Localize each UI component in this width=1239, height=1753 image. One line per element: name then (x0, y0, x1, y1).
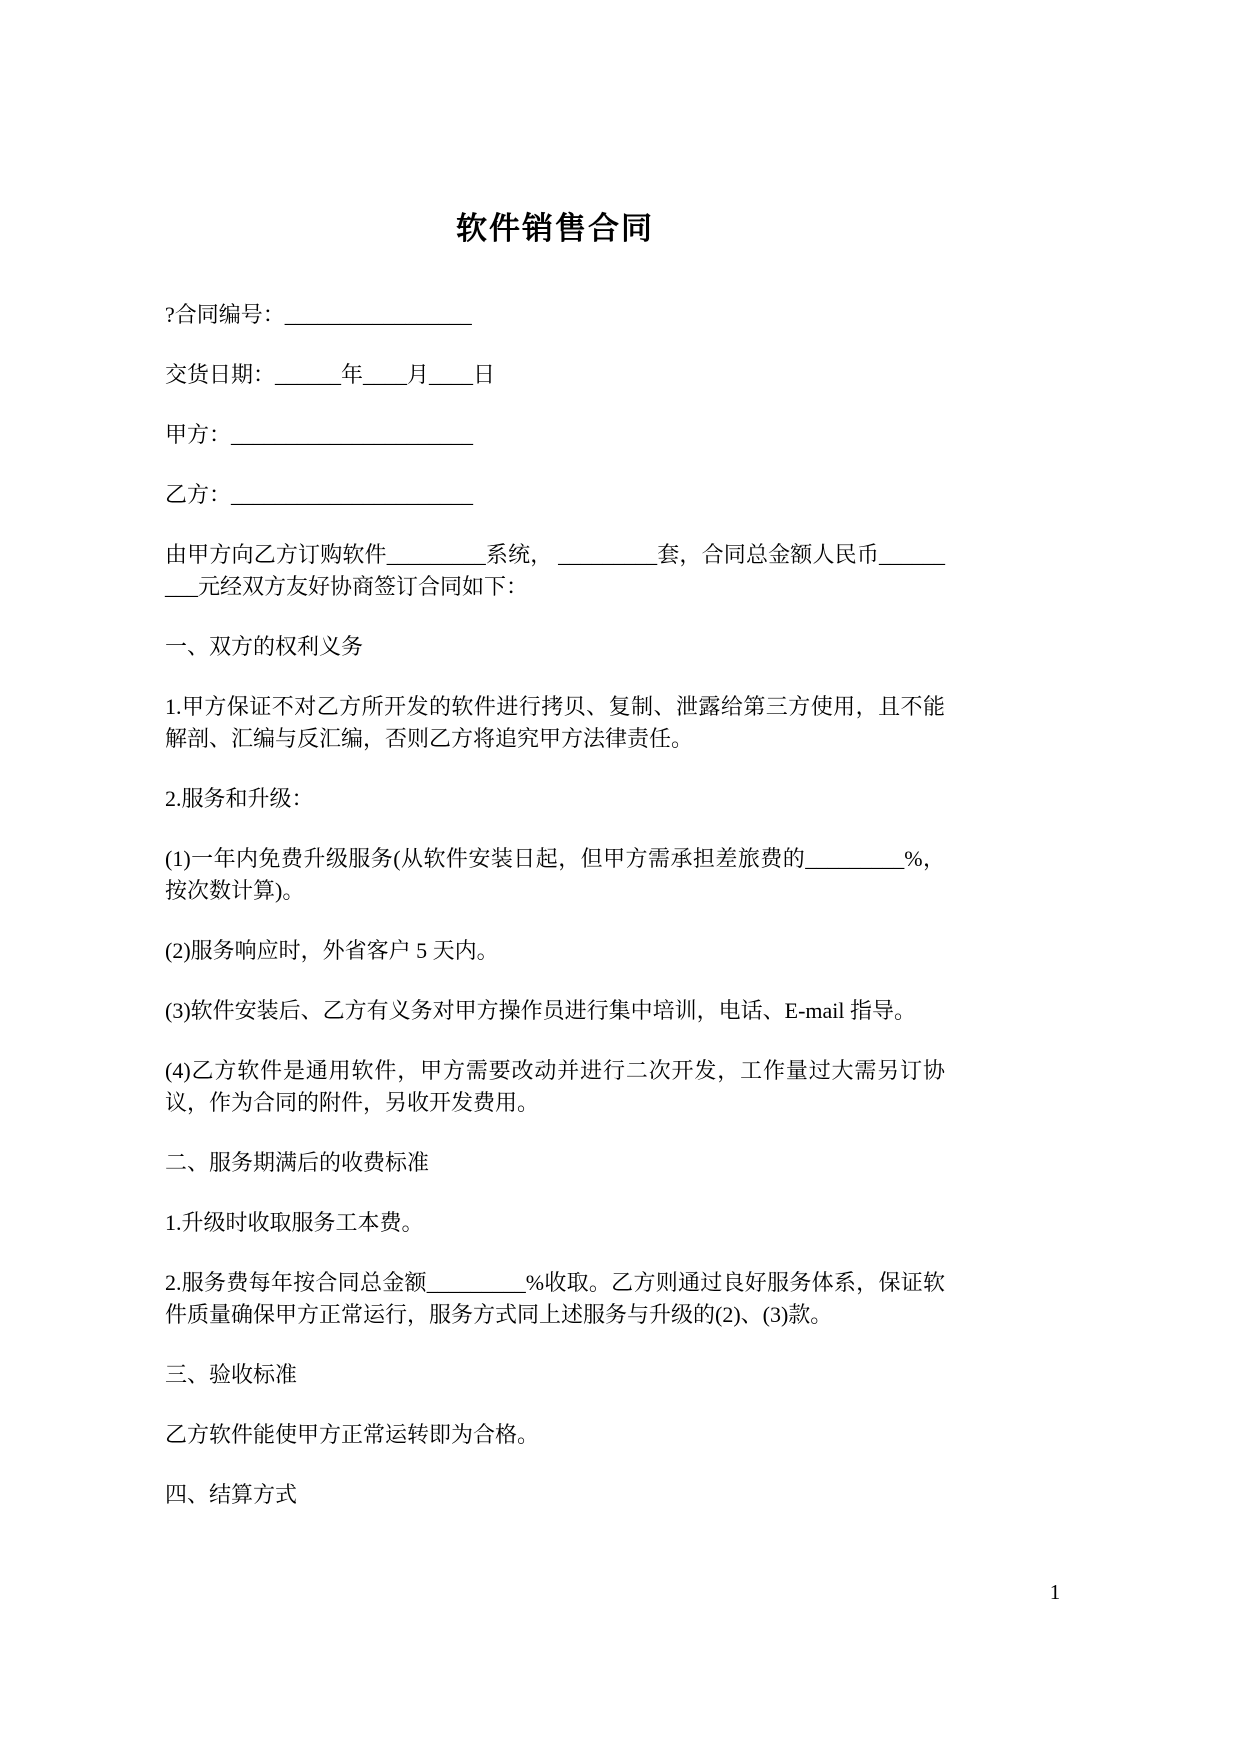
clause-1-2-item-2: (2)服务响应时，外省客户 5 天内。 (165, 935, 945, 967)
field-contract-number: ?合同编号：_________________ (165, 299, 945, 331)
clause-1-2: 2.服务和升级： (165, 783, 945, 815)
section-heading-4: 四、结算方式 (165, 1479, 945, 1511)
contract-body: 软件销售合同 ?合同编号：_________________ 交货日期：____… (165, 208, 945, 1539)
field-delivery-date: 交货日期：______年____月____日 (165, 359, 945, 391)
clause-1-2-item-3: (3)软件安装后、乙方有义务对甲方操作员进行集中培训，电话、E-mail 指导。 (165, 995, 945, 1027)
clause-1-1: 1.甲方保证不对乙方所开发的软件进行拷贝、复制、泄露给第三方使用，且不能解剖、汇… (165, 691, 945, 755)
clause-1-2-item-1: (1)一年内免费升级服务(从软件安装日起，但甲方需承担差旅费的_________… (165, 843, 945, 907)
clause-1-2-item-4: (4)乙方软件是通用软件，甲方需要改动并进行二次开发，工作量过大需另订协议，作为… (165, 1055, 945, 1119)
document-title: 软件销售合同 (165, 208, 945, 250)
clause-3-1: 乙方软件能使甲方正常运转即为合格。 (165, 1419, 945, 1451)
section-heading-3: 三、验收标准 (165, 1359, 945, 1391)
clause-2-1: 1.升级时收取服务工本费。 (165, 1207, 945, 1239)
contract-page: 软件销售合同 ?合同编号：_________________ 交货日期：____… (0, 0, 1239, 1753)
section-heading-1: 一、双方的权利义务 (165, 631, 945, 663)
field-party-b: 乙方：______________________ (165, 479, 945, 511)
page-number: 1 (1040, 1580, 1070, 1604)
field-party-a: 甲方：______________________ (165, 419, 945, 451)
clause-2-2: 2.服务费每年按合同总金额_________%收取。乙方则通过良好服务体系，保证… (165, 1267, 945, 1331)
section-heading-2: 二、服务期满后的收费标准 (165, 1147, 945, 1179)
intro-paragraph: 由甲方向乙方订购软件_________系统， _________套，合同总金额人… (165, 539, 945, 603)
